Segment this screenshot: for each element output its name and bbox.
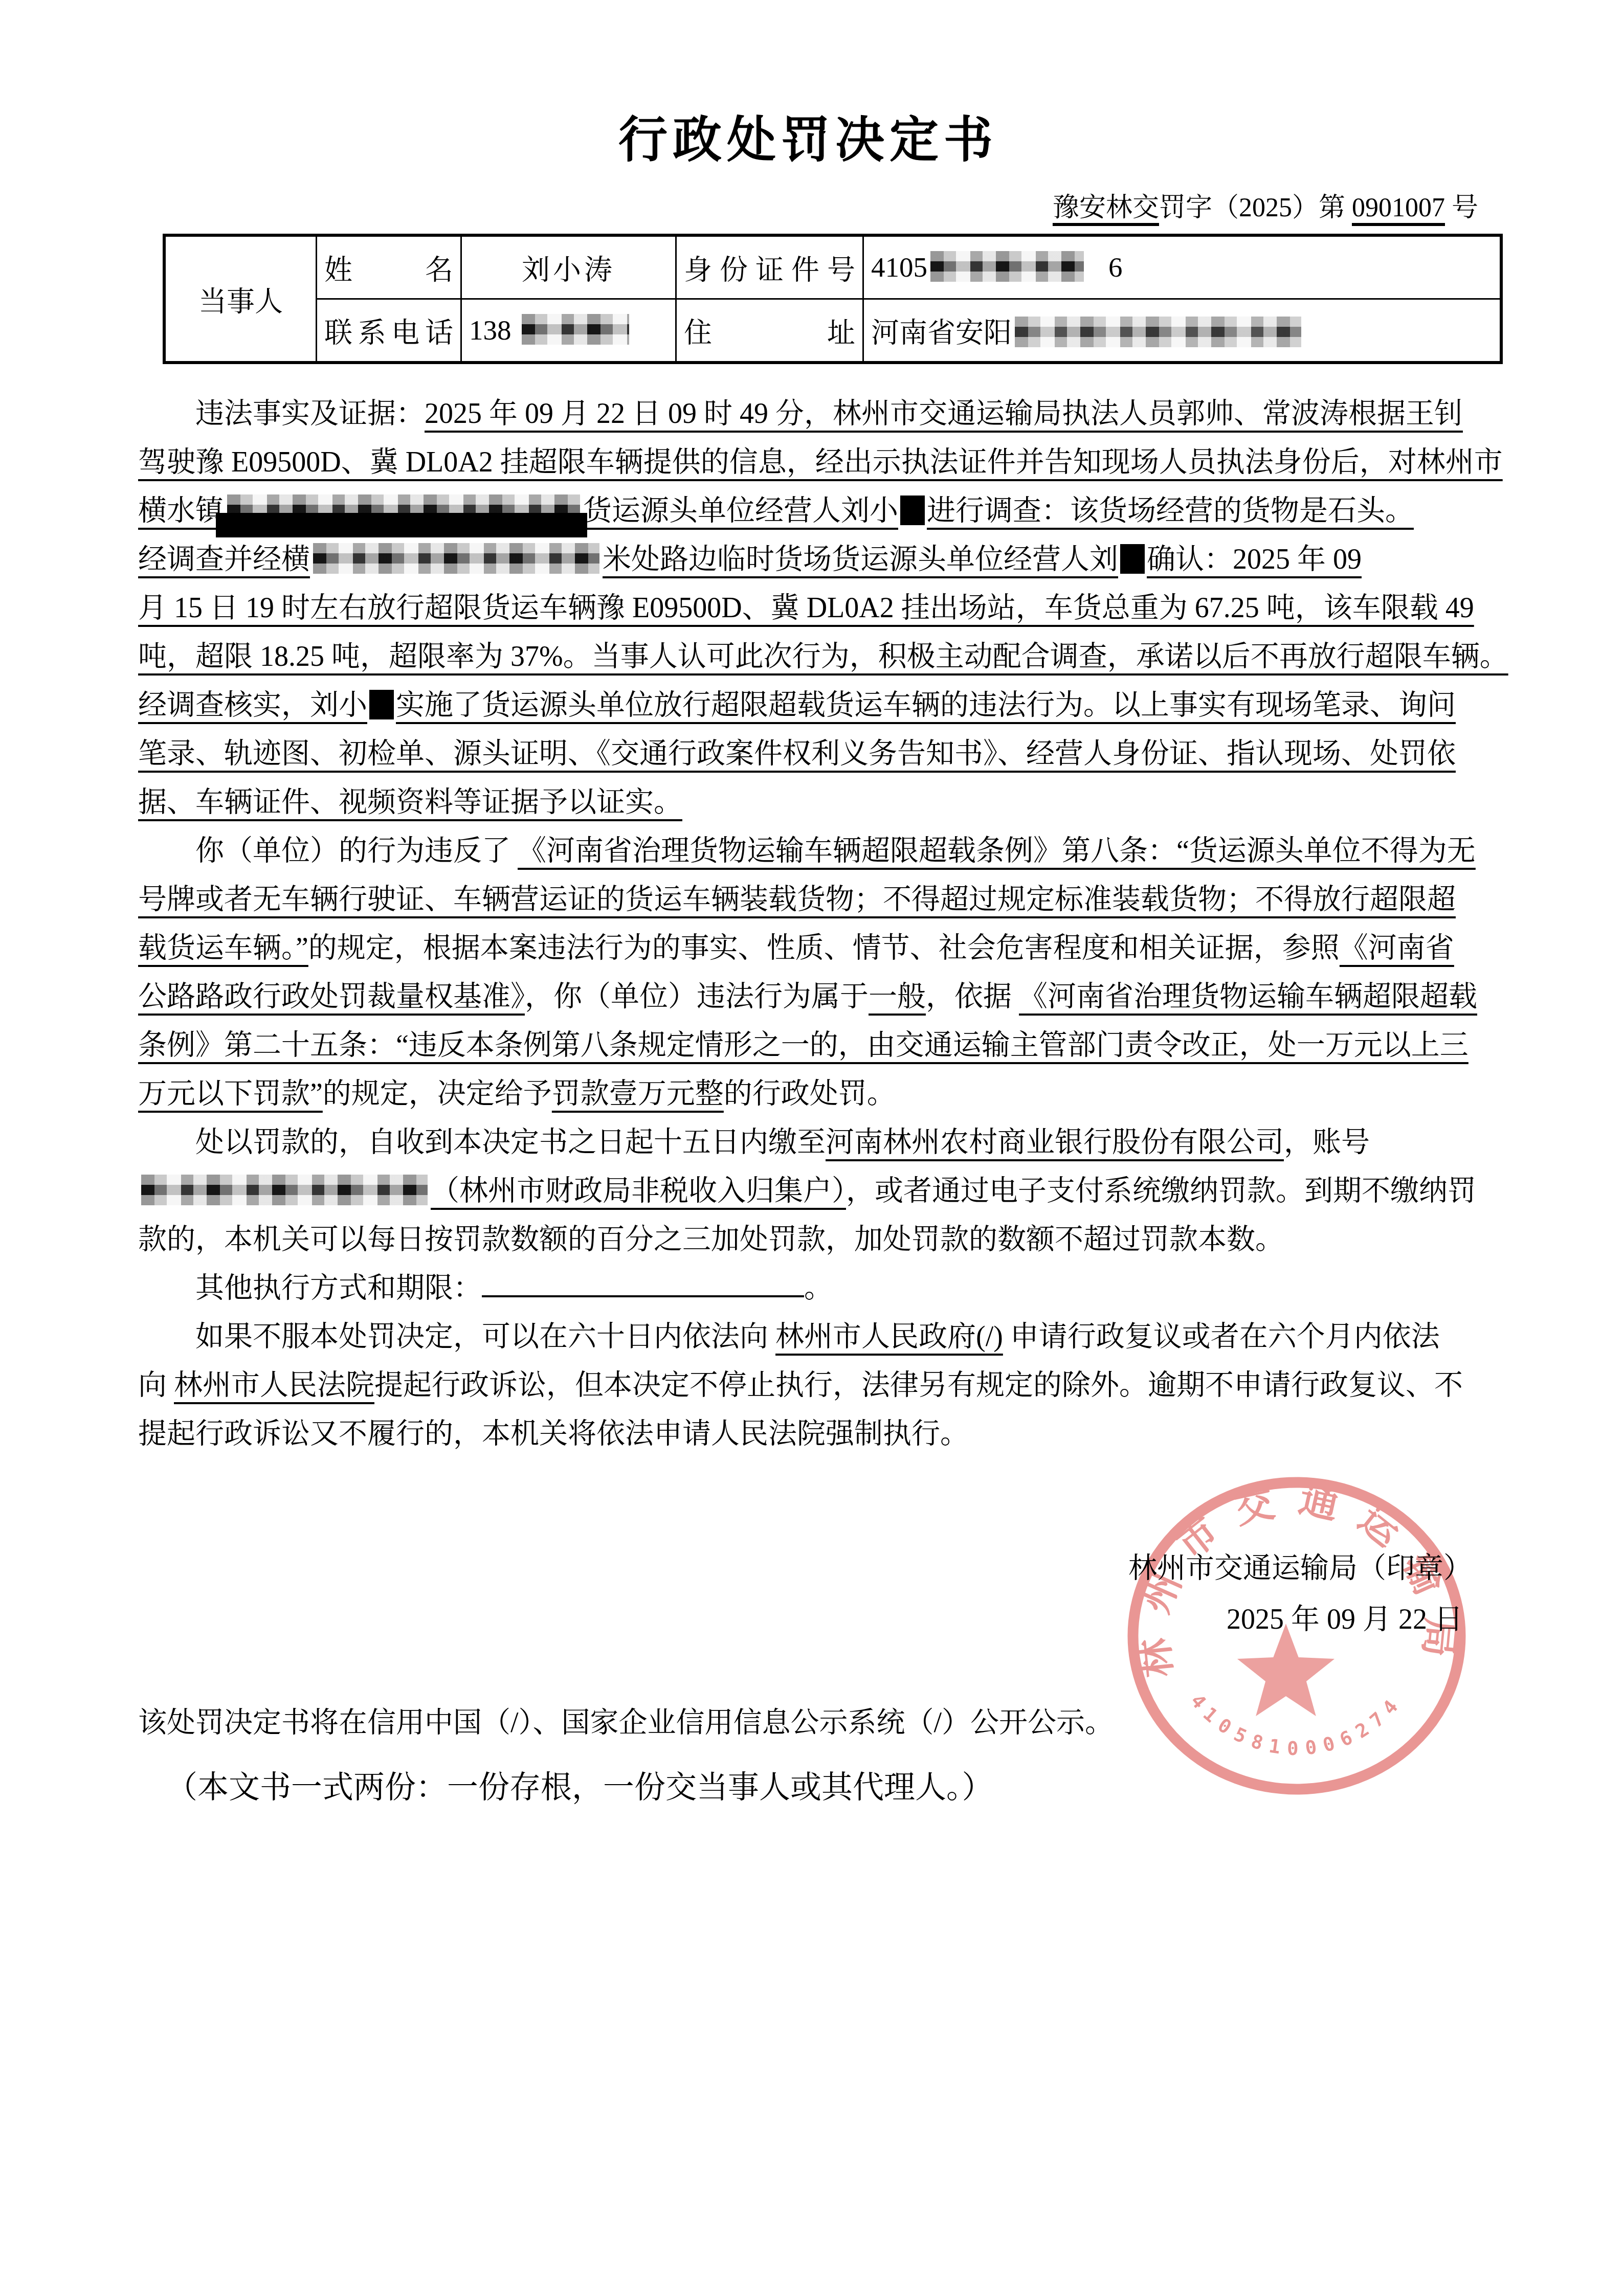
body-line: 据、车辆证件、视频资料等证据予以证实。 xyxy=(138,778,1478,827)
id-suffix: 6 xyxy=(1087,252,1123,283)
payment-text: 处以罚款的，自收到本决定书之日起十五日内缴至 xyxy=(195,1127,826,1158)
fact-text: 2025 年 09 月 22 日 09 时 49 分，林州市交通运输局执法人员郭… xyxy=(425,398,1463,430)
payment-text: 款的，本机关可以每日按罚款数额的百分之三加处罚款，加处罚款的数额不超过罚款本数。 xyxy=(138,1224,1284,1255)
appeal-text: 如果不服本处罚决定，可以在六十日内依法向 xyxy=(195,1321,775,1353)
cited-regulation: 号牌或者无车辆行驶证、车辆营运证的货运车辆装载货物；不得超过规定标准装载货物；不… xyxy=(138,884,1456,915)
redaction-mosaic xyxy=(141,1175,428,1205)
document-title: 行政处罚决定书 xyxy=(138,0,1478,168)
legal-text: 的行政处罚。 xyxy=(724,1078,896,1110)
redaction-blob xyxy=(900,496,925,525)
doc-number-mid: 罚字（2025）第 xyxy=(1159,193,1352,222)
blank-underline xyxy=(482,1268,804,1297)
legal-text: 你（单位）的行为违反了 xyxy=(195,835,518,867)
body-line: 笔录、轨迹图、初检单、源头证明、《交通行政案件权利义务告知书》、经营人身份证、指… xyxy=(138,730,1478,778)
id-prefix: 4105 xyxy=(871,252,927,283)
publicity-note: 该处罚决定书将在信用中国（/）、国家企业信用信息公示系统（/）公开公示。 xyxy=(138,1699,1478,1747)
document-body: 违法事实及证据：2025 年 09 月 22 日 09 时 49 分，林州市交通… xyxy=(138,390,1478,1458)
party-table: 当事人 姓名 刘小涛 身份证件号 41056 联系电话 138 住址 河南省安阳 xyxy=(163,234,1503,364)
fact-text: 笔录、轨迹图、初检单、源头证明、《交通行政案件权利义务告知书》、经营人身份证、指… xyxy=(138,738,1456,770)
other-terms-label: 其他执行方式和期限： xyxy=(195,1272,482,1304)
body-line: 公路路政行政处罚裁量权基准》，你（单位）违法行为属于一般，依据 《河南省治理货物… xyxy=(138,973,1478,1021)
fact-text: 实施了货运源头单位放行超限超载货运车辆的违法行为。以上事实有现场笔录、询问 xyxy=(396,689,1456,721)
penalty-amount: 罚款壹万元整 xyxy=(552,1078,724,1110)
fact-text: 吨，超限 18.25 吨，超限率为 37%。当事人认可此次行为，积极主动配合调查… xyxy=(138,641,1508,672)
penalty-decision-document: 林州市交通运输局 4105810006274 行政处罚决定书 豫安林交罚字（20… xyxy=(0,0,1624,2296)
appeal-text: 申请行政复议或者在六个月内依法 xyxy=(1003,1321,1440,1353)
redaction-blob xyxy=(369,690,394,719)
body-line: 驾驶豫 E09500D、冀 DL0A2 挂超限车辆提供的信息，经出示执法证件并告… xyxy=(138,438,1478,487)
legal-text: ，依据 xyxy=(926,981,1019,1012)
cited-regulation: 载货运车辆。” xyxy=(138,932,308,964)
redaction-mosaic xyxy=(1015,317,1301,347)
redaction-blob xyxy=(1120,544,1145,574)
redaction-mosaic xyxy=(522,314,629,345)
payment-text: ，账号 xyxy=(1284,1127,1370,1158)
body-line: 处以罚款的，自收到本决定书之日起十五日内缴至河南林州农村商业银行股份有限公司，账… xyxy=(138,1118,1478,1167)
name-value-cell: 刘小涛 xyxy=(461,235,676,299)
id-label-cell: 身份证件号 xyxy=(676,235,863,299)
address-label-cell: 住址 xyxy=(676,299,863,363)
phone-prefix: 138 xyxy=(469,314,511,346)
body-line: 经调查核实，刘小实施了货运源头单位放行超限超载货运车辆的违法行为。以上事实有现场… xyxy=(138,681,1478,730)
phone-value-cell: 138 xyxy=(461,299,676,363)
name-label-cell: 姓名 xyxy=(317,235,461,299)
body-line: 款的，本机关可以每日按罚款数额的百分之三加处罚款，加处罚款的数额不超过罚款本数。 xyxy=(138,1215,1478,1264)
facts-heading: 违法事实及证据： xyxy=(195,398,425,430)
address-value-cell: 河南省安阳 xyxy=(863,299,1502,363)
fact-text: 经调查并经横 xyxy=(138,544,310,575)
fact-text: 货运源头单位经营人刘小 xyxy=(583,495,898,527)
legal-text: 的规定，决定给予 xyxy=(323,1078,552,1110)
phone-label-cell: 联系电话 xyxy=(317,299,461,363)
body-line: （林州市财政局非税收入归集户），或者通过电子支付系统缴纳罚款。到期不缴纳罚 xyxy=(138,1167,1478,1215)
address-prefix: 河南省安阳 xyxy=(871,317,1012,348)
body-line: 向 林州市人民法院提起行政诉讼，但本决定不停止执行，法律另有规定的除外。逾期不申… xyxy=(138,1361,1478,1410)
party-label-cell: 当事人 xyxy=(164,235,317,363)
fact-text: 经调查核实，刘小 xyxy=(138,689,367,721)
copies-note: （本文书一式两份：一份存根，一份交当事人或其代理人。） xyxy=(138,1763,1478,1814)
body-line: 如果不服本处罚决定，可以在六十日内依法向 林州市人民政府(/) 申请行政复议或者… xyxy=(138,1313,1478,1361)
court-name: 林州市人民法院 xyxy=(174,1369,374,1401)
body-line: 其他执行方式和期限：。 xyxy=(138,1264,1478,1313)
body-line: 条例》第二十五条：“违反本条例第八条规定情形之一的，由交通运输主管部门责令改正，… xyxy=(138,1021,1478,1070)
other-terms-period: 。 xyxy=(804,1272,833,1304)
table-row: 联系电话 138 住址 河南省安阳 xyxy=(164,299,1501,363)
fact-text: 月 15 日 19 时左右放行超限货运车辆豫 E09500D、冀 DL0A2 挂… xyxy=(138,592,1474,624)
redaction-mosaic-bar xyxy=(227,494,580,525)
body-line: 违法事实及证据：2025 年 09 月 22 日 09 时 49 分，林州市交通… xyxy=(138,390,1478,438)
body-line: 万元以下罚款”的规定，决定给予罚款壹万元整的行政处罚。 xyxy=(138,1070,1478,1118)
cited-regulation: 《河南省治理货物运输车辆超限超载条例》第八条：“货运源头单位不得为无 xyxy=(518,835,1476,867)
body-line: 提起行政诉讼又不履行的，本机关将依法申请人民法院强制执行。 xyxy=(138,1410,1478,1458)
cited-regulation: 公路路政行政处罚裁量权基准》 xyxy=(138,981,525,1012)
appeal-text: 提起行政诉讼，但本决定不停止执行，法律另有规定的除外。逾期不申请行政复议、不 xyxy=(374,1369,1463,1401)
bank-name: 河南林州农村商业银行股份有限公司 xyxy=(826,1127,1284,1158)
redaction-mosaic xyxy=(313,543,599,574)
table-row: 当事人 姓名 刘小涛 身份证件号 41056 xyxy=(164,235,1501,299)
body-line: 横水镇货运源头单位经营人刘小进行调查：该货场经营的货物是石头。 xyxy=(138,487,1478,535)
body-line: 吨，超限 18.25 吨，超限率为 37%。当事人认可此次行为，积极主动配合调查… xyxy=(138,633,1478,681)
fact-text: 驾驶豫 E09500D、冀 DL0A2 挂超限车辆提供的信息，经出示执法证件并告… xyxy=(138,446,1503,478)
fact-text: 米处路边临时货场货运源头单位经营人刘 xyxy=(603,544,1118,575)
body-line: 你（单位）的行为违反了 《河南省治理货物运输车辆超限超载条例》第八条：“货运源头… xyxy=(138,827,1478,875)
legal-text: ，你（单位）违法行为属于 xyxy=(525,981,869,1012)
body-line: 经调查并经横米处路边临时货场货运源头单位经营人刘确认：2025 年 09 xyxy=(138,535,1478,584)
issue-date: 2025 年 09 月 22 日 xyxy=(138,1594,1478,1645)
body-line: 载货运车辆。”的规定，根据本案违法行为的事实、性质、情节、社会危害程度和相关证据… xyxy=(138,924,1478,973)
fact-text: 据、车辆证件、视频资料等证据予以证实。 xyxy=(138,786,682,818)
cited-regulation: 万元以下罚款” xyxy=(138,1078,323,1110)
doc-number-jurisdiction: 豫安林交 xyxy=(1053,193,1159,222)
issuing-authority: 林州市交通运输局（印章） xyxy=(138,1543,1478,1594)
payment-text: ，或者通过电子支付系统缴纳罚款。到期不缴纳罚 xyxy=(846,1175,1476,1207)
redaction-mosaic xyxy=(930,251,1084,282)
review-authority: 林州市人民政府(/) xyxy=(775,1321,1003,1353)
account-holder: （林州市财政局非税收入归集户） xyxy=(431,1175,846,1207)
body-line: 号牌或者无车辆行驶证、车辆营运证的货运车辆装载货物；不得超过规定标准装载货物；不… xyxy=(138,875,1478,924)
fact-text: 横水镇 xyxy=(138,495,224,527)
appeal-text: 向 xyxy=(138,1369,174,1401)
fact-text: 确认：2025 年 09 xyxy=(1147,544,1362,575)
id-value-cell: 41056 xyxy=(863,235,1502,299)
doc-number-serial: 0901007 xyxy=(1352,193,1445,222)
cited-regulation: 《河南省治理货物运输车辆超限超载 xyxy=(1019,981,1477,1012)
fact-text: 进行调查：该货场经营的货物是石头。 xyxy=(927,495,1414,527)
legal-text: 的规定，根据本案违法行为的事实、性质、情节、社会危害程度和相关证据，参照 xyxy=(308,932,1340,964)
body-line: 月 15 日 19 时左右放行超限货运车辆豫 E09500D、冀 DL0A2 挂… xyxy=(138,584,1478,633)
document-content: 行政处罚决定书 豫安林交罚字（2025）第 0901007 号 当事人 姓名 刘… xyxy=(0,0,1624,1814)
appeal-text: 提起行政诉讼又不履行的，本机关将依法申请人民法院强制执行。 xyxy=(138,1418,969,1450)
doc-number-suffix: 号 xyxy=(1445,193,1478,222)
cited-regulation: 《河南省 xyxy=(1340,932,1454,964)
violation-level: 一般 xyxy=(869,981,926,1012)
cited-regulation: 条例》第二十五条：“违反本条例第八条规定情形之一的，由交通运输主管部门责令改正，… xyxy=(138,1029,1469,1061)
signature-block: 林州市交通运输局（印章） 2025 年 09 月 22 日 xyxy=(138,1543,1478,1645)
document-number: 豫安林交罚字（2025）第 0901007 号 xyxy=(138,192,1478,224)
